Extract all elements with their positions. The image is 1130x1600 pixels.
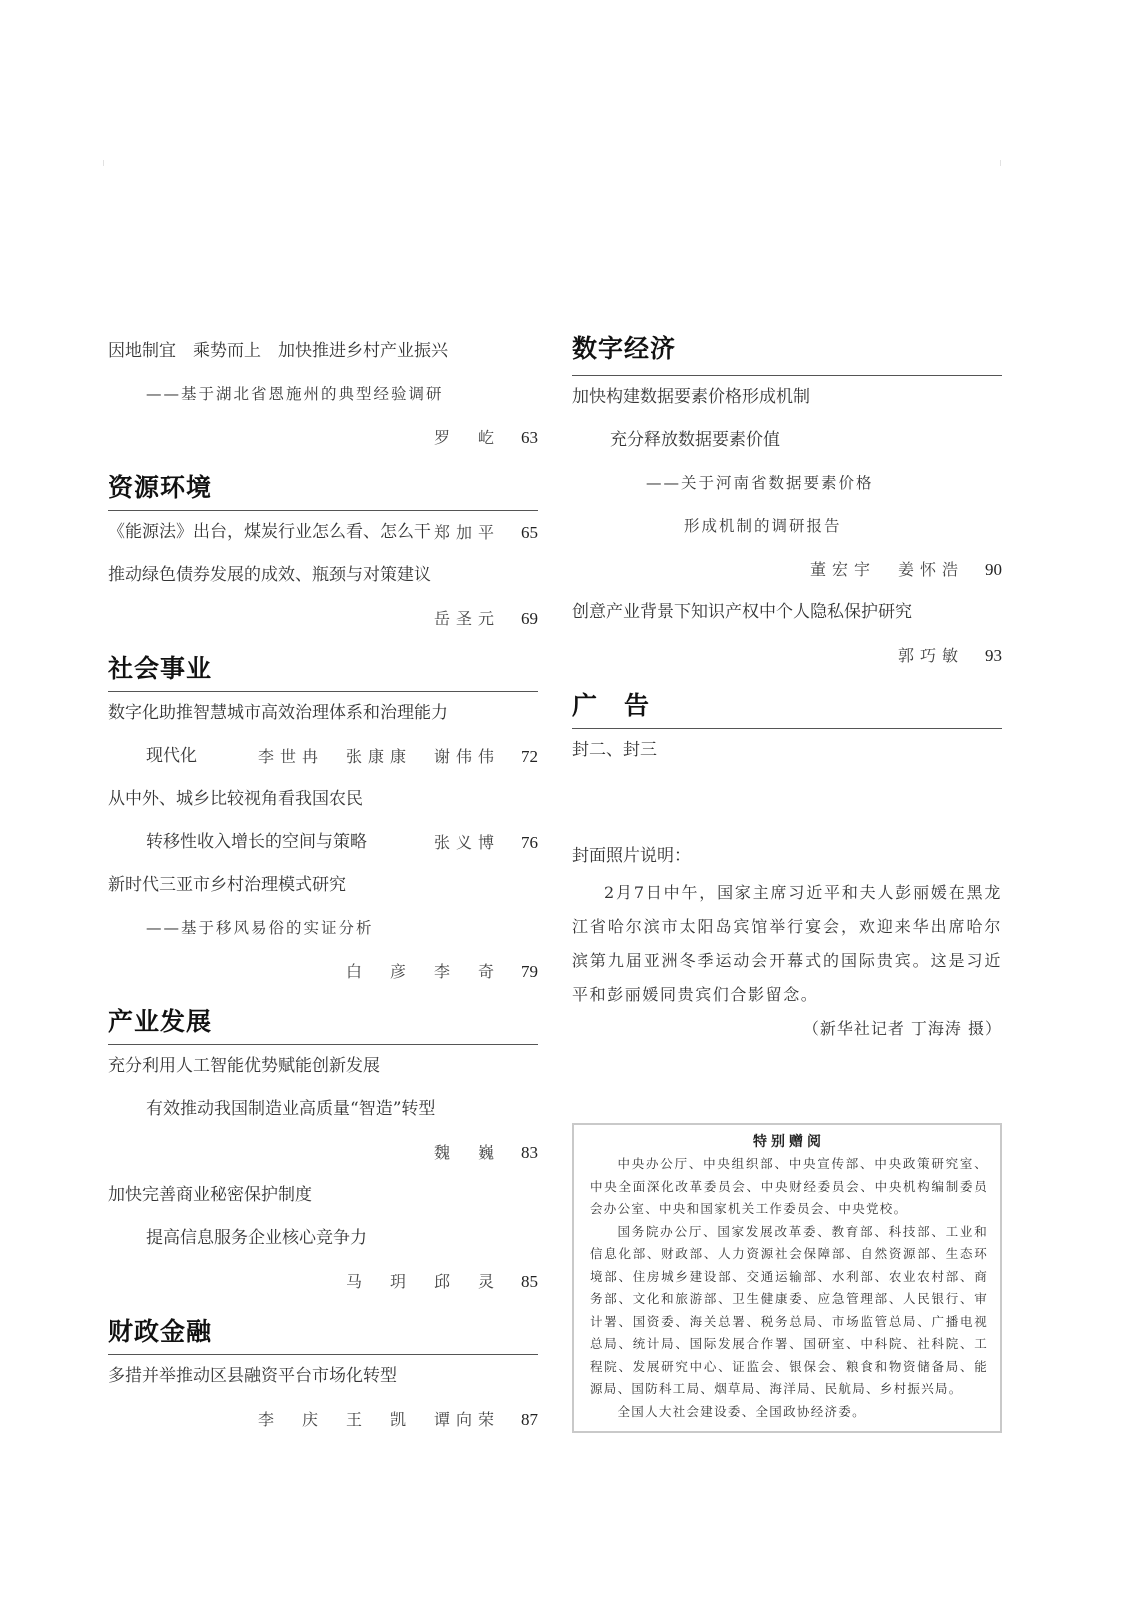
section-title: 产业发展 [108, 1003, 538, 1041]
byline: 张义博 76 [412, 821, 538, 864]
byline: 郑加平 65 [412, 511, 538, 554]
entry-title: 因地制宜 乘势而上 加快推进乡村产业振兴 [108, 330, 538, 373]
author: 郭巧敏 [898, 634, 964, 677]
entry-continuation: 现代化 李世冉 张康康 谢伟伟 72 [108, 735, 538, 778]
author: 李 庆 [258, 1398, 324, 1441]
byline: 白 彦 李 奇 79 [324, 950, 538, 993]
section-title: 财政金融 [108, 1313, 538, 1351]
author: 姜怀浩 [898, 548, 964, 591]
section-header: 社会事业 [108, 640, 538, 692]
entry-title: 多措并举推动区县融资平台市场化转型 [108, 1355, 538, 1398]
author: 谢伟伟 [434, 735, 500, 778]
entry-subtitle: ——基于移风易俗的实证分析 [108, 907, 538, 950]
entry-title: 新时代三亚市乡村治理模式研究 [108, 864, 538, 907]
section-title: 资源环境 [108, 469, 538, 507]
section-header: 资源环境 [108, 459, 538, 511]
entry-subtitle: ——基于湖北省恩施州的典型经验调研 [108, 373, 538, 416]
page-number: 87 [510, 1398, 538, 1441]
entry-title: 推动绿色债券发展的成效、瓶颈与对策建议 [108, 554, 538, 597]
section-header: 产业发展 [108, 993, 538, 1045]
entry-continuation: 有效推动我国制造业高质量“智造”转型 [108, 1088, 538, 1131]
entry-title: 加快构建数据要素价格形成机制 [572, 376, 1002, 419]
byline: 马 玥 邱 灵 85 [324, 1260, 538, 1303]
entry-title: 封二、封三 [572, 729, 1002, 772]
entry-subtitle: ——关于河南省数据要素价格 [572, 462, 1002, 505]
author: 魏 巍 [434, 1131, 500, 1174]
author: 罗 屹 [434, 416, 500, 459]
page-number: 69 [510, 597, 538, 640]
byline: 郭巧敏 93 [876, 634, 1002, 677]
entry-title: 《能源法》出台，煤炭行业怎么看、怎么干 郑加平 65 [108, 511, 538, 554]
right-column: 数字经济 加快构建数据要素价格形成机制 充分释放数据要素价值 ——关于河南省数据… [572, 330, 1002, 1046]
page-number: 93 [974, 634, 1002, 677]
caption-credit: （新华社记者 丁海涛 摄） [572, 1012, 1002, 1046]
toc-entry[interactable]: 加快构建数据要素价格形成机制 充分释放数据要素价值 ——关于河南省数据要素价格 … [572, 376, 1002, 591]
byline: 罗 屹 63 [412, 416, 538, 459]
left-column: 因地制宜 乘势而上 加快推进乡村产业振兴 ——基于湖北省恩施州的典型经验调研 罗… [108, 330, 538, 1441]
toc-entry[interactable]: 多措并举推动区县融资平台市场化转型 李 庆 王 凯 谭向荣 87 [108, 1355, 538, 1441]
page-number: 63 [510, 416, 538, 459]
page-number: 90 [974, 548, 1002, 591]
gift-title: 特别赠阅 [590, 1131, 988, 1153]
gift-paragraph: 国务院办公厅、国家发展改革委、教育部、科技部、工业和信息化部、财政部、人力资源社… [590, 1221, 988, 1401]
toc-entry[interactable]: 新时代三亚市乡村治理模式研究 ——基于移风易俗的实证分析 白 彦 李 奇 79 [108, 864, 538, 993]
page-number: 85 [510, 1260, 538, 1303]
special-gift-box: 特别赠阅 中央办公厅、中央组织部、中央宣传部、中央政策研究室、中央全面深化改革委… [572, 1123, 1002, 1433]
byline: 董宏宇 姜怀浩 90 [788, 548, 1002, 591]
author: 张义博 [434, 821, 500, 864]
entry-continuation: 转移性收入增长的空间与策略 张义博 76 [108, 821, 538, 864]
entry-title: 从中外、城乡比较视角看我国农民 [108, 778, 538, 821]
page-number: 83 [510, 1131, 538, 1174]
entry-title: 充分利用人工智能优势赋能创新发展 [108, 1045, 538, 1088]
author: 马 玥 [346, 1260, 412, 1303]
continuation-text: 转移性收入增长的空间与策略 [146, 832, 367, 852]
caption-heading: 封面照片说明： [572, 836, 1002, 876]
toc-entry[interactable]: 因地制宜 乘势而上 加快推进乡村产业振兴 ——基于湖北省恩施州的典型经验调研 罗… [108, 330, 538, 459]
toc-entry[interactable]: 加快完善商业秘密保护制度 提高信息服务企业核心竞争力 马 玥 邱 灵 85 [108, 1174, 538, 1303]
toc-entry[interactable]: 推动绿色债券发展的成效、瓶颈与对策建议 岳圣元 69 [108, 554, 538, 640]
toc-entry[interactable]: 充分利用人工智能优势赋能创新发展 有效推动我国制造业高质量“智造”转型 魏 巍 … [108, 1045, 538, 1174]
page-number: 79 [510, 950, 538, 993]
author: 董宏宇 [810, 548, 876, 591]
author: 白 彦 [346, 950, 412, 993]
author: 郑加平 [434, 511, 500, 554]
entry-subtitle-continued: 形成机制的调研报告 [572, 505, 1002, 548]
entry-title: 创意产业背景下知识产权中个人隐私保护研究 [572, 591, 1002, 634]
toc-entry[interactable]: 《能源法》出台，煤炭行业怎么看、怎么干 郑加平 65 [108, 511, 538, 554]
section-title: 数字经济 [572, 330, 1002, 368]
continuation-text: 现代化 [146, 746, 197, 766]
entry-title: 加快完善商业秘密保护制度 [108, 1174, 538, 1217]
toc-entry[interactable]: 创意产业背景下知识产权中个人隐私保护研究 郭巧敏 93 [572, 591, 1002, 677]
page-number: 72 [510, 735, 538, 778]
author: 谭向荣 [434, 1398, 500, 1441]
section-header: 数字经济 [572, 330, 1002, 376]
entry-continuation: 充分释放数据要素价值 [572, 419, 1002, 462]
author: 张康康 [346, 735, 412, 778]
entry-title: 数字化助推智慧城市高效治理体系和治理能力 [108, 692, 538, 735]
gift-paragraph: 中央办公厅、中央组织部、中央宣传部、中央政策研究室、中央全面深化改革委员会、中央… [590, 1153, 988, 1221]
author: 李 奇 [434, 950, 500, 993]
byline: 李世冉 张康康 谢伟伟 72 [236, 735, 538, 778]
section-title: 广 告 [572, 687, 1002, 725]
crop-mark-right [1000, 160, 1001, 166]
author: 岳圣元 [434, 597, 500, 640]
gift-paragraph: 全国人大社会建设委、全国政协经济委。 [590, 1401, 988, 1424]
section-header: 广 告 [572, 677, 1002, 729]
section-title: 社会事业 [108, 650, 538, 688]
author: 王 凯 [346, 1398, 412, 1441]
crop-mark-left [103, 160, 104, 166]
toc-entry[interactable]: 封二、封三 [572, 729, 1002, 772]
section-header: 财政金融 [108, 1303, 538, 1355]
entry-title-text: 《能源法》出台，煤炭行业怎么看、怎么干 [108, 522, 431, 542]
toc-entry[interactable]: 从中外、城乡比较视角看我国农民 转移性收入增长的空间与策略 张义博 76 [108, 778, 538, 864]
byline: 李 庆 王 凯 谭向荣 87 [236, 1398, 538, 1441]
page-number: 65 [510, 511, 538, 554]
author: 邱 灵 [434, 1260, 500, 1303]
caption-body: 2月7日中午，国家主席习近平和夫人彭丽媛在黑龙江省哈尔滨市太阳岛宾馆举行宴会，欢… [572, 876, 1002, 1012]
entry-continuation: 提高信息服务企业核心竞争力 [108, 1217, 538, 1260]
byline: 魏 巍 83 [412, 1131, 538, 1174]
page-number: 76 [510, 821, 538, 864]
cover-caption: 封面照片说明： 2月7日中午，国家主席习近平和夫人彭丽媛在黑龙江省哈尔滨市太阳岛… [572, 836, 1002, 1046]
toc-entry[interactable]: 数字化助推智慧城市高效治理体系和治理能力 现代化 李世冉 张康康 谢伟伟 72 [108, 692, 538, 778]
byline: 岳圣元 69 [412, 597, 538, 640]
author: 李世冉 [258, 735, 324, 778]
